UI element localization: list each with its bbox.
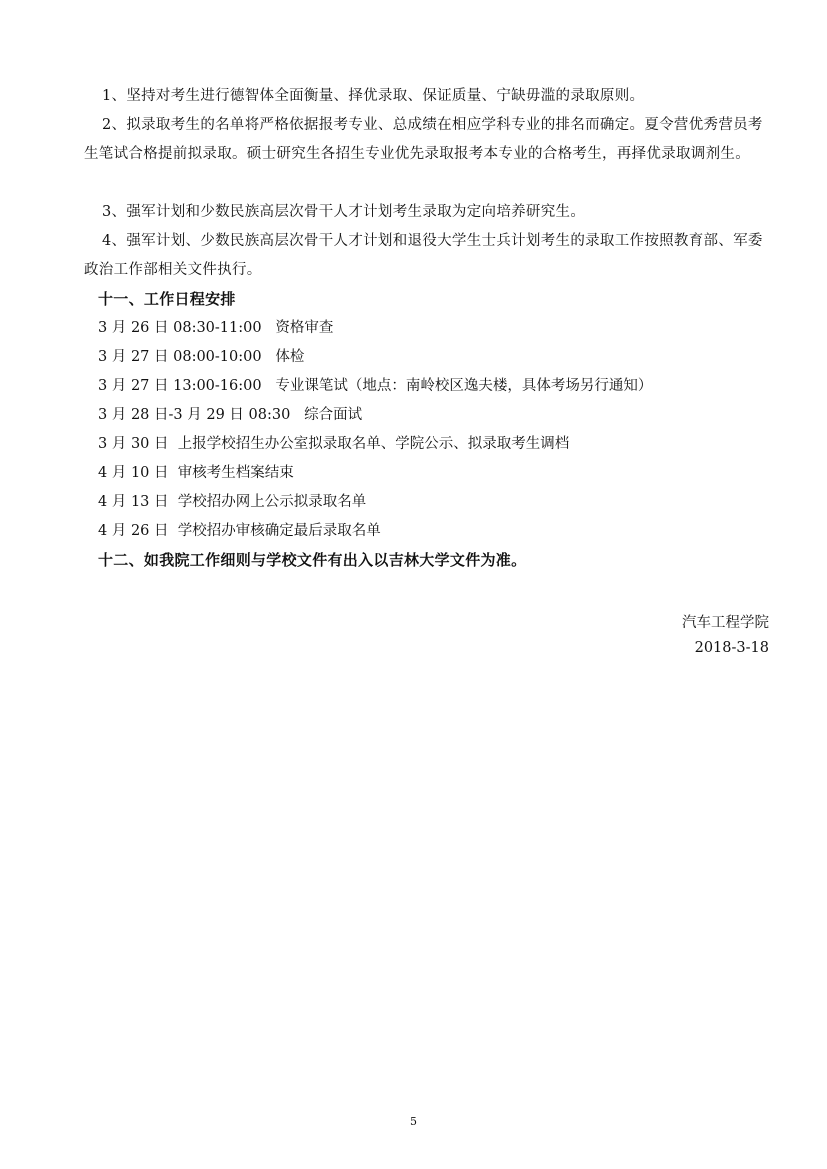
schedule-item: 4 月 13 日 学校招办网上公示拟录取名单 bbox=[98, 488, 366, 517]
schedule-item: 4 月 26 日 学校招办审核确定最后录取名单 bbox=[98, 517, 381, 546]
schedule-item: 3 月 26 日 08:30-11:00 资格审查 bbox=[98, 314, 333, 343]
schedule-item: 3 月 27 日 08:00-10:00 体检 bbox=[98, 343, 304, 372]
page-number: 5 bbox=[0, 1115, 827, 1128]
schedule-item: 4 月 10 日 审核考生档案结束 bbox=[98, 459, 294, 488]
paragraph-4: 4、强军计划、少数民族高层次骨干人才计划和退役大学生士兵计划考生的录取工作按照教… bbox=[84, 227, 774, 285]
signature-org: 汽车工程学院 bbox=[682, 611, 769, 632]
paragraph-3: 3、强军计划和少数民族高层次骨干人才计划考生录取为定向培养研究生。 bbox=[84, 198, 774, 227]
schedule-item: 3 月 30 日 上报学校招生办公室拟录取名单、学院公示、拟录取考生调档 bbox=[98, 430, 569, 459]
paragraph-2: 2、拟录取考生的名单将严格依据报考专业、总成绩在相应学科专业的排名而确定。夏令营… bbox=[84, 111, 774, 169]
paragraph-1: 1、坚持对考生进行德智体全面衡量、择优录取、保证质量、宁缺毋滥的录取原则。 bbox=[84, 82, 774, 111]
document-page: 1、坚持对考生进行德智体全面衡量、择优录取、保证质量、宁缺毋滥的录取原则。 2、… bbox=[0, 0, 827, 1169]
section-12-heading: 十二、如我院工作细则与学校文件有出入以吉林大学文件为准。 bbox=[98, 546, 788, 575]
schedule-item: 3 月 28 日-3 月 29 日 08:30 综合面试 bbox=[98, 401, 362, 430]
signature-date: 2018-3-18 bbox=[695, 640, 769, 656]
section-11-heading: 十一、工作日程安排 bbox=[98, 285, 788, 314]
schedule-item: 3 月 27 日 13:00-16:00 专业课笔试（地点：南岭校区逸夫楼，具体… bbox=[98, 372, 652, 401]
